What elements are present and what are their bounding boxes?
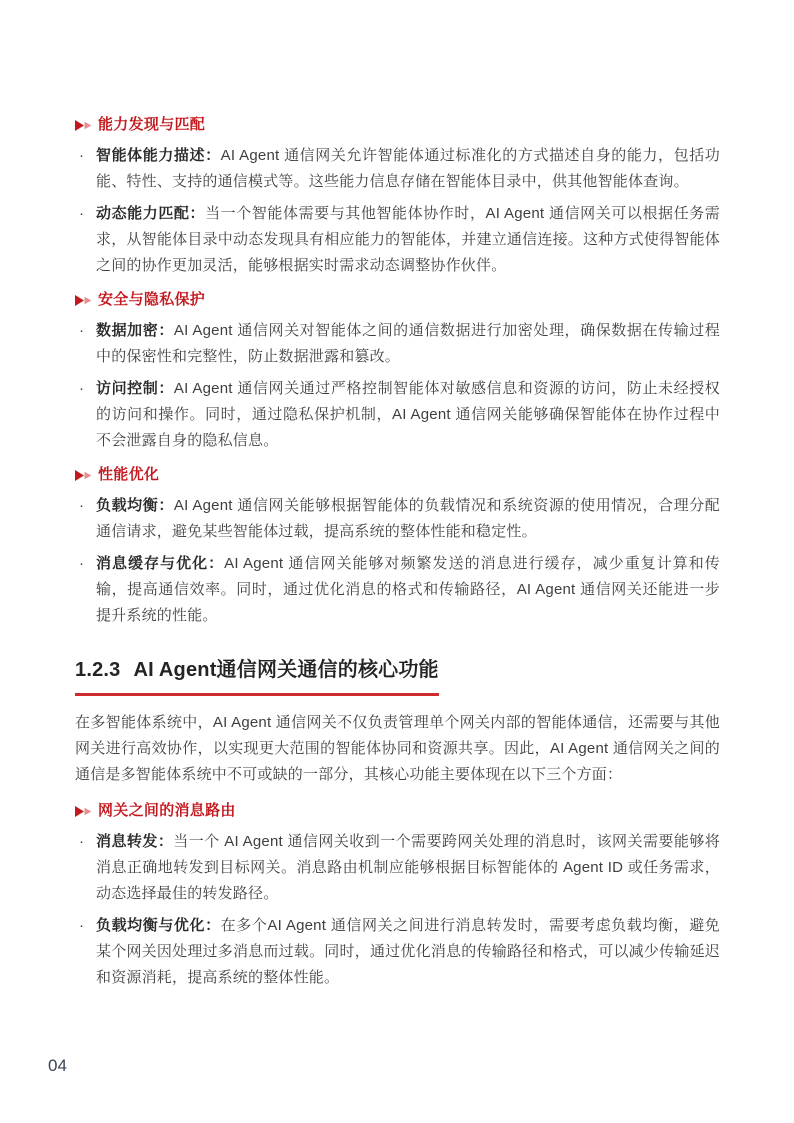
- bullet-dot-icon: ·: [75, 913, 96, 991]
- section-heading-1-2-3: 1.2.3AI Agent通信网关通信的核心功能: [75, 655, 720, 696]
- section-title: 性能优化: [98, 462, 159, 488]
- heading-underline: 1.2.3AI Agent通信网关通信的核心功能: [75, 655, 439, 696]
- bullet-item: · 访问控制：AI Agent 通信网关通过严格控制智能体对敏感信息和资源的访问…: [75, 376, 720, 454]
- page-content: 能力发现与匹配 · 智能体能力描述：AI Agent 通信网关允许智能体通过标准…: [75, 112, 720, 997]
- bullet-text: 访问控制：AI Agent 通信网关通过严格控制智能体对敏感信息和资源的访问，防…: [96, 376, 720, 454]
- double-arrow-icon: [75, 120, 92, 131]
- bullet-lead: 负载均衡：: [96, 497, 174, 514]
- bullet-text: 负载均衡：AI Agent 通信网关能够根据智能体的负载情况和系统资源的使用情况…: [96, 493, 720, 545]
- bullet-text: 数据加密：AI Agent 通信网关对智能体之间的通信数据进行加密处理，确保数据…: [96, 318, 720, 370]
- bullet-lead: 数据加密：: [96, 322, 174, 339]
- bullet-item: · 数据加密：AI Agent 通信网关对智能体之间的通信数据进行加密处理，确保…: [75, 318, 720, 370]
- bullet-dot-icon: ·: [75, 551, 96, 629]
- bullet-dot-icon: ·: [75, 318, 96, 370]
- bullet-text: 智能体能力描述：AI Agent 通信网关允许智能体通过标准化的方式描述自身的能…: [96, 143, 720, 195]
- bullet-item: · 动态能力匹配：当一个智能体需要与其他智能体协作时，AI Agent 通信网关…: [75, 201, 720, 279]
- bullet-lead: 智能体能力描述：: [96, 147, 221, 164]
- bullet-item: · 消息转发：当一个 AI Agent 通信网关收到一个需要跨网关处理的消息时，…: [75, 829, 720, 907]
- bullet-dot-icon: ·: [75, 143, 96, 195]
- section-header-security-privacy: 安全与隐私保护: [75, 287, 720, 313]
- bullet-lead: 负载均衡与优化：: [96, 917, 221, 934]
- bullet-dot-icon: ·: [75, 201, 96, 279]
- bullet-item: · 负载均衡与优化：在多个AI Agent 通信网关之间进行消息转发时，需要考虑…: [75, 913, 720, 991]
- double-arrow-icon: [75, 806, 92, 817]
- bullet-dot-icon: ·: [75, 829, 96, 907]
- section-title: 能力发现与匹配: [98, 112, 205, 138]
- section-header-message-routing: 网关之间的消息路由: [75, 798, 720, 824]
- double-arrow-icon: [75, 470, 92, 481]
- bullet-lead: 动态能力匹配：: [96, 205, 205, 222]
- section-header-capability-discovery: 能力发现与匹配: [75, 112, 720, 138]
- section-title: 安全与隐私保护: [98, 287, 205, 313]
- bullet-dot-icon: ·: [75, 376, 96, 454]
- bullet-item: · 消息缓存与优化：AI Agent 通信网关能够对频繁发送的消息进行缓存，减少…: [75, 551, 720, 629]
- bullet-item: · 智能体能力描述：AI Agent 通信网关允许智能体通过标准化的方式描述自身…: [75, 143, 720, 195]
- bullet-body: AI Agent 通信网关通过严格控制智能体对敏感信息和资源的访问，防止未经授权…: [96, 380, 720, 449]
- bullet-lead: 消息转发：: [96, 833, 173, 850]
- page-number: 04: [48, 1053, 67, 1079]
- bullet-lead: 消息缓存与优化：: [96, 555, 224, 572]
- document-page: 能力发现与匹配 · 智能体能力描述：AI Agent 通信网关允许智能体通过标准…: [0, 0, 794, 1123]
- section-title: 网关之间的消息路由: [98, 798, 236, 824]
- bullet-dot-icon: ·: [75, 493, 96, 545]
- bullet-text: 动态能力匹配：当一个智能体需要与其他智能体协作时，AI Agent 通信网关可以…: [96, 201, 720, 279]
- double-arrow-icon: [75, 295, 92, 306]
- bullet-lead: 访问控制：: [96, 380, 174, 397]
- section-header-performance: 性能优化: [75, 462, 720, 488]
- bullet-item: · 负载均衡：AI Agent 通信网关能够根据智能体的负载情况和系统资源的使用…: [75, 493, 720, 545]
- bullet-body: AI Agent 通信网关能够根据智能体的负载情况和系统资源的使用情况，合理分配…: [96, 497, 720, 540]
- bullet-text: 消息缓存与优化：AI Agent 通信网关能够对频繁发送的消息进行缓存，减少重复…: [96, 551, 720, 629]
- heading-number: 1.2.3: [75, 659, 120, 681]
- intro-paragraph: 在多智能体系统中，AI Agent 通信网关不仅负责管理单个网关内部的智能体通信…: [75, 710, 720, 788]
- bullet-text: 负载均衡与优化：在多个AI Agent 通信网关之间进行消息转发时，需要考虑负载…: [96, 913, 720, 991]
- heading-title: AI Agent通信网关通信的核心功能: [133, 659, 438, 681]
- bullet-body: AI Agent 通信网关对智能体之间的通信数据进行加密处理，确保数据在传输过程…: [96, 322, 720, 365]
- bullet-text: 消息转发：当一个 AI Agent 通信网关收到一个需要跨网关处理的消息时，该网…: [96, 829, 720, 907]
- bullet-body: 当一个 AI Agent 通信网关收到一个需要跨网关处理的消息时，该网关需要能够…: [96, 833, 720, 902]
